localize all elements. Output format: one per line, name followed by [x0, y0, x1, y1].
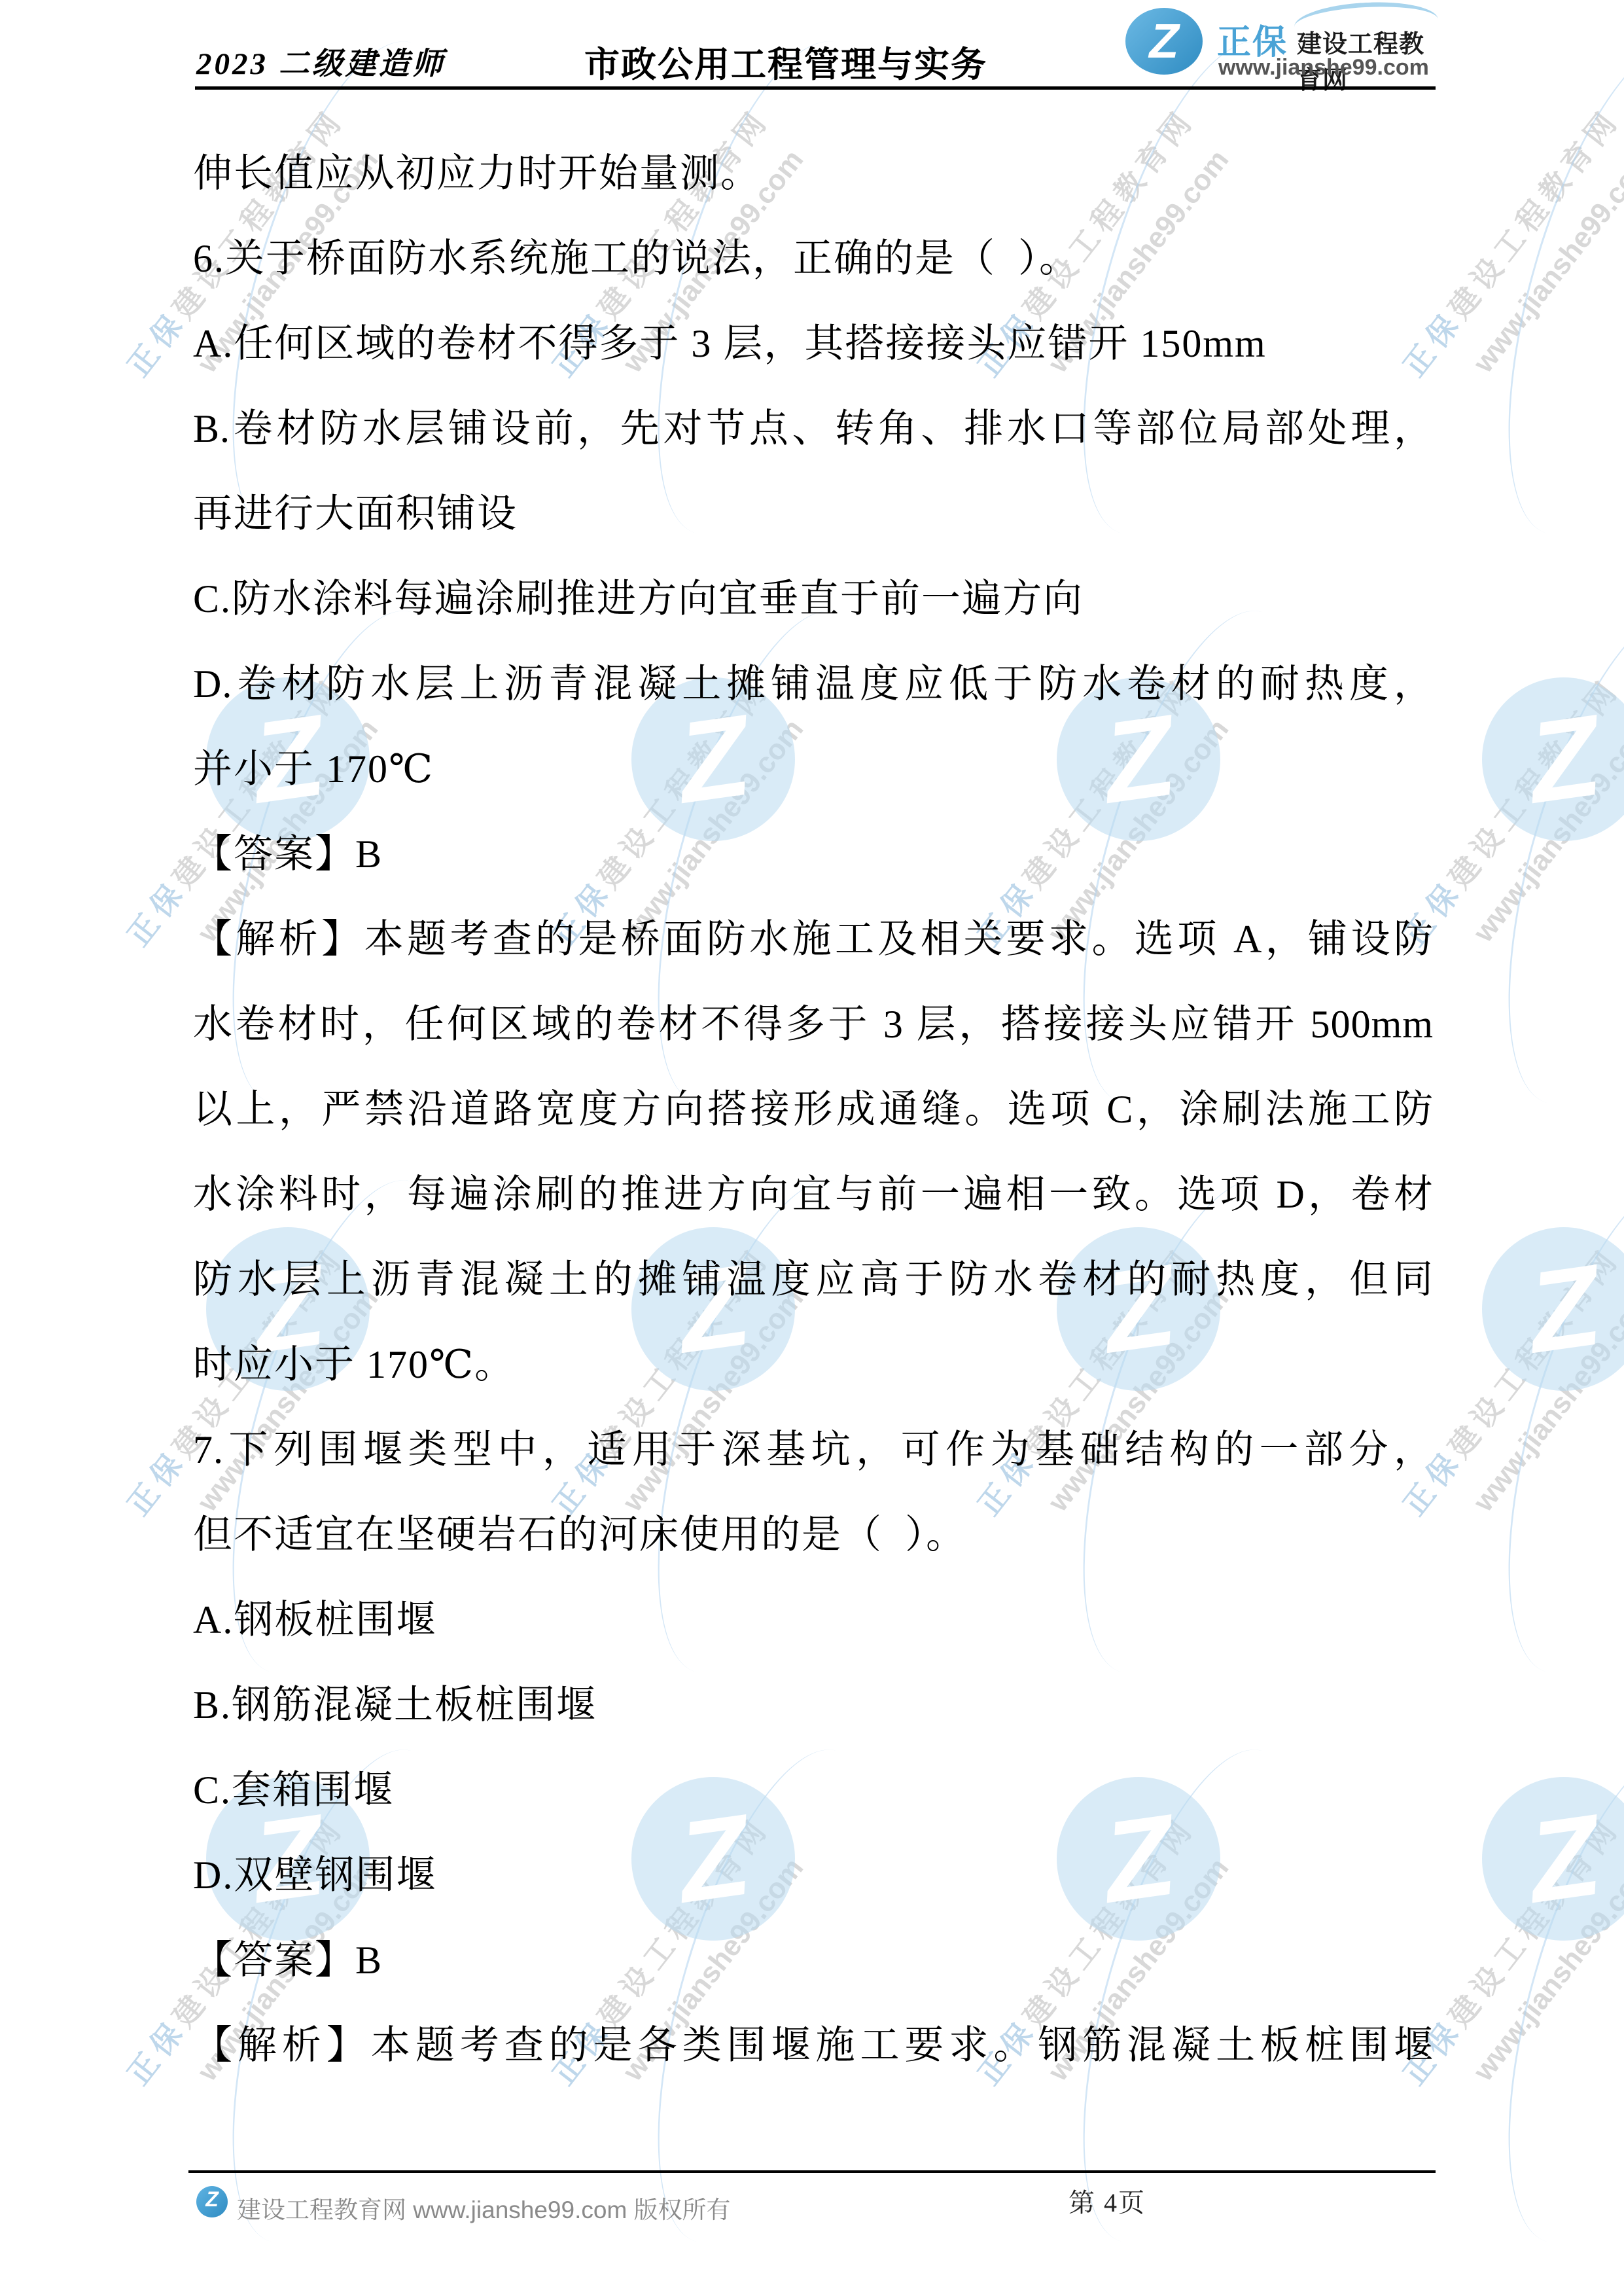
document-page: 正保建设工程教育网www.jianshe99.com正保建设工程教育网www.j…: [0, 0, 1624, 2296]
text-line: B.钢筋混凝土板桩围堰: [193, 1662, 1434, 1748]
body-lines: 伸长值应从初应力时开始量测。6.关于桥面防水系统施工的说法，正确的是（ ）。A.…: [193, 131, 1434, 2088]
brand-logo: Z 正保 建设工程教育网 www.jianshe99.com: [1112, 0, 1439, 85]
watermark-swoosh-arc: [1464, 19, 1624, 557]
text-line: 【解析】本题考查的是桥面防水施工及相关要求。选项 A，铺设防: [193, 897, 1434, 982]
text-line: 时应小于 170℃。: [193, 1322, 1434, 1407]
text-line: A.任何区域的卷材不得多于 3 层，其搭接接头应错开 150mm: [193, 301, 1434, 386]
text-line: 并小于 170℃: [193, 726, 1434, 812]
text-line: 【答案】B: [193, 1918, 1434, 2003]
logo-z-icon: Z: [1125, 8, 1203, 75]
footer-logo-icon: Z: [196, 2186, 228, 2217]
text-line: 再进行大面积铺设: [193, 471, 1434, 556]
text-line: 防水层上沥青混凝土的摊铺温度应高于防水卷材的耐热度，但同: [193, 1237, 1434, 1322]
text-line: 伸长值应从初应力时开始量测。: [193, 131, 1434, 216]
text-line: 【答案】B: [193, 812, 1434, 897]
header-course-title: 2023 二级建造师: [196, 39, 446, 83]
watermark-swoosh-arc: [1464, 588, 1624, 1126]
watermark-swoosh-arc: [1464, 1727, 1624, 2265]
text-line: C.套箱围堰: [193, 1748, 1434, 1833]
text-line: D.卷材防水层上沥青混凝土摊铺温度应低于防水卷材的耐热度，: [193, 641, 1434, 726]
watermark-swoosh-arc: [1464, 1158, 1624, 1696]
text-line: B.卷材防水层铺设前，先对节点、转角、排水口等部位局部处理，: [193, 386, 1434, 471]
text-line: D.双壁钢围堰: [193, 1833, 1434, 1918]
watermark-z-circle-icon: Z: [1482, 1777, 1624, 1941]
logo-url-text: www.jianshe99.com: [1218, 55, 1429, 81]
watermark-z-circle-icon: Z: [1482, 1227, 1624, 1391]
text-line: 水卷材时，任何区域的卷材不得多于 3 层，搭接接头应错开 500mm: [193, 982, 1434, 1067]
header-subject-title: 市政公用工程管理与实务: [584, 37, 987, 87]
text-line: 以上，严禁沿道路宽度方向搭接形成通缝。选项 C，涂刷法施工防: [193, 1067, 1434, 1152]
text-line: 6.关于桥面防水系统施工的说法，正确的是（ ）。: [193, 216, 1434, 301]
text-line: C.防水涂料每遍涂刷推进方向宜垂直于前一遍方向: [193, 556, 1434, 641]
logo-z-glyph: Z: [1125, 13, 1203, 69]
footer-copyright: 建设工程教育网 www.jianshe99.com 版权所有: [237, 2190, 731, 2225]
text-line: 但不适宜在坚硬岩石的河床使用的是（ ）。: [193, 1492, 1434, 1577]
text-line: A.钢板桩围堰: [193, 1577, 1434, 1662]
footer-page-number: 第 4页: [1068, 2182, 1146, 2219]
header-divider: [195, 86, 1436, 90]
text-line: 水涂料时，每遍涂刷的推进方向宜与前一遍相一致。选项 D，卷材: [193, 1152, 1434, 1237]
footer-divider: [188, 2170, 1436, 2173]
watermark-z-circle-icon: Z: [1482, 677, 1624, 841]
text-line: 7.下列围堰类型中，适用于深基坑，可作为基础结构的一部分，: [193, 1407, 1434, 1492]
footer-logo-z-glyph: Z: [196, 2187, 228, 2212]
text-line: 【解析】本题考查的是各类围堰施工要求。钢筋混凝土板桩围堰: [193, 2003, 1434, 2088]
